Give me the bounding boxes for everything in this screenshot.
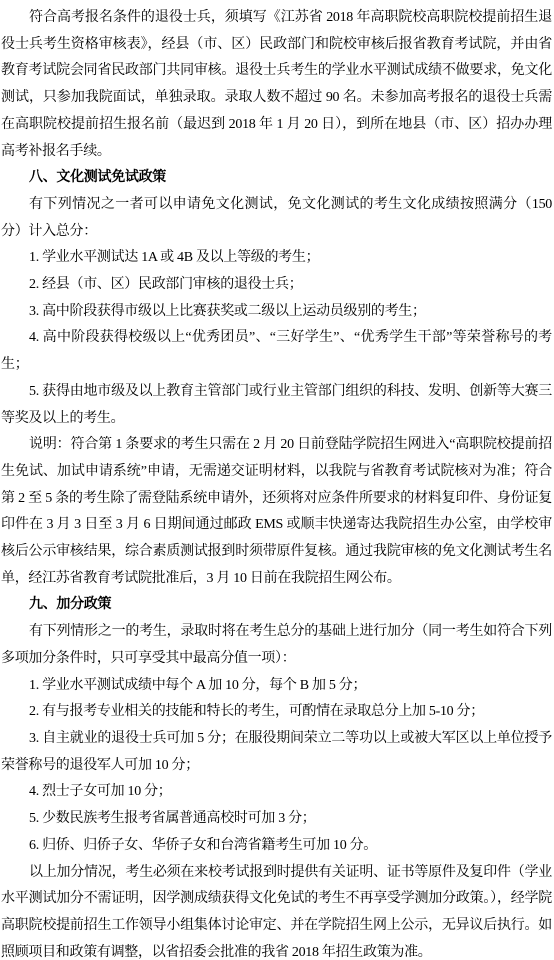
list-item-exemption-3: 3. 高中阶段获得市级以上比赛获奖或二级以上运动员级别的考生； xyxy=(1,299,552,326)
list-item-bonus-3: 3. 自主就业的退役士兵可加 5 分；在服役期间荣立二等功以上或被大军区以上单位… xyxy=(1,726,552,779)
list-item-exemption-5: 5. 获得由地市级及以上教育主管部门或行业主管部门组织的科技、发明、创新等大赛三… xyxy=(1,379,552,432)
paragraph-exemption-notes: 说明：符合第 1 条要求的考生只需在 2 月 20 日前登陆学院招生网进入“高职… xyxy=(1,432,552,592)
section-heading-culture-test-exemption: 八、文化测试免试政策 xyxy=(1,165,552,192)
list-item-bonus-5: 5. 少数民族考生报考省属普通高校时可加 3 分； xyxy=(1,806,552,833)
list-item-bonus-1: 1. 学业水平测试成绩中每个 A 加 10 分，每个 B 加 5 分； xyxy=(1,673,552,700)
paragraph-bonus-verification: 以上加分情况，考生必须在来校考试报到时提供有关证明、证书等原件及复印件（学业水平… xyxy=(1,860,552,960)
document-page: 符合高考报名条件的退役士兵，须填写《江苏省 2018 年高职院校高职院校提前招生… xyxy=(0,0,554,960)
list-item-bonus-2: 2. 有与报考专业相关的技能和特长的考生，可酌情在录取总分上加 5-10 分； xyxy=(1,699,552,726)
paragraph-bonus-intro: 有下列情形之一的考生，录取时将在考生总分的基础上进行加分（同一考生如符合下列多项… xyxy=(1,619,552,672)
paragraph-exemption-intro: 有下列情况之一者可以申请免文化测试，免文化测试的考生文化成绩按照满分（150 分… xyxy=(1,192,552,245)
list-item-bonus-6: 6. 归侨、归侨子女、华侨子女和台湾省籍考生可加 10 分。 xyxy=(1,833,552,860)
list-item-bonus-4: 4. 烈士子女可加 10 分； xyxy=(1,779,552,806)
list-item-exemption-2: 2. 经县（市、区）民政部门审核的退役士兵； xyxy=(1,272,552,299)
list-item-exemption-4: 4. 高中阶段获得校级以上“优秀团员”、“三好学生”、“优秀学生干部”等荣誉称号… xyxy=(1,325,552,378)
section-heading-bonus-points: 九、加分政策 xyxy=(1,592,552,619)
list-item-exemption-1: 1. 学业水平测试达 1A 或 4B 及以上等级的考生； xyxy=(1,245,552,272)
paragraph-retired-soldiers-registration: 符合高考报名条件的退役士兵，须填写《江苏省 2018 年高职院校高职院校提前招生… xyxy=(1,5,552,165)
